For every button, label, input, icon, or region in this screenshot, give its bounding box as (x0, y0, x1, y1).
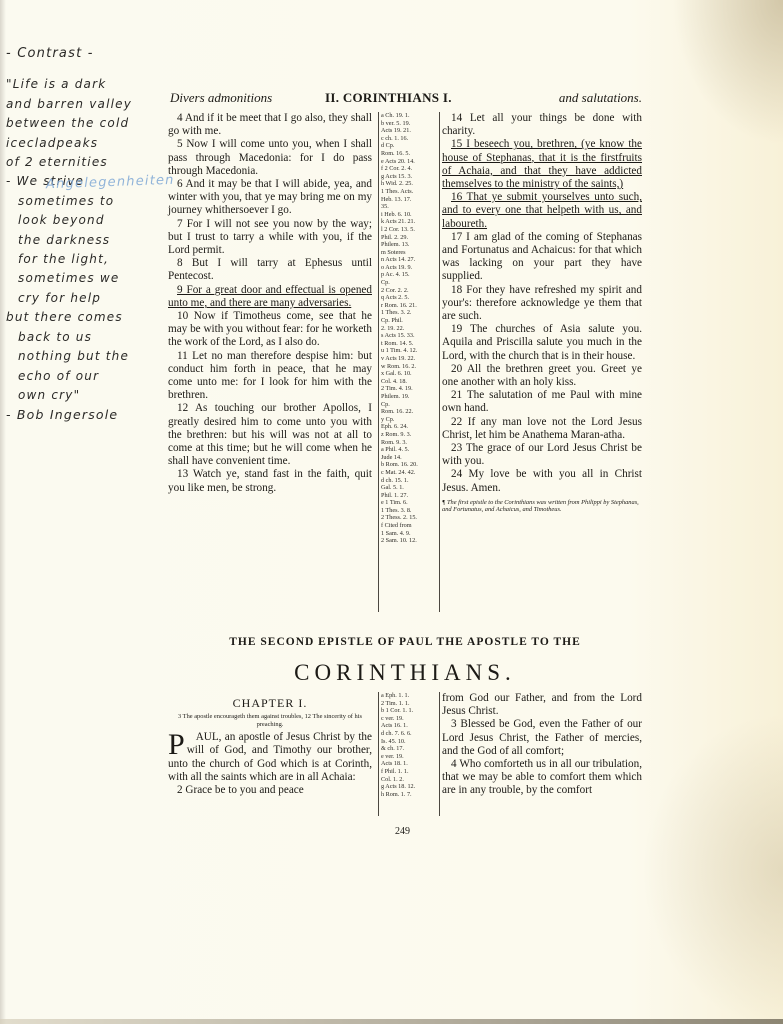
page-number: 249 (395, 826, 410, 837)
note-line: sometimes to (6, 192, 166, 211)
cross-reference: f Phil. 1. 1. (381, 768, 437, 776)
verse: 4 Who comforteth us in all our tribulati… (442, 758, 642, 798)
cross-reference: 1 Sam. 4. 9. (381, 530, 437, 538)
cross-reference: d ch. 15. 1. (381, 477, 437, 485)
note-line: back to us (6, 328, 166, 347)
cross-reference: Heb. 13. 17. (381, 196, 437, 204)
cross-reference: & ch. 17. (381, 745, 437, 753)
header-center: II. CORINTHIANS I. (325, 90, 452, 106)
book-heading-line: THE SECOND EPISTLE OF PAUL THE APOSTLE T… (160, 636, 650, 648)
cross-reference: a Phil. 4. 5. (381, 446, 437, 454)
note-line: sometimes we (6, 269, 166, 288)
cross-reference: Col. 1. 2. (381, 776, 437, 784)
note-line: cry for help (6, 289, 166, 308)
cross-reference: h Rom. 1. 7. (381, 791, 437, 799)
cross-reference: n Acts 14. 27. (381, 256, 437, 264)
header-left: Divers admonitions (170, 90, 272, 106)
chapter-summary: 3 The apostle encourageth them against t… (168, 713, 372, 728)
cross-reference: Is. 45. 10. (381, 738, 437, 746)
cross-reference: Phil. 1. 27. (381, 492, 437, 500)
cross-reference: e 1 Tim. 6. (381, 499, 437, 507)
cross-reference: 2 Tim. 1. 1. (381, 700, 437, 708)
verse: 7 For I will not see you now by the way;… (168, 218, 372, 258)
note-line: nothing but the (6, 347, 166, 366)
chapter-title: CHAPTER I. (168, 696, 372, 711)
cross-reference: s Acts 15. 33. (381, 332, 437, 340)
verse: 18 For they have refreshed my spirit and… (442, 284, 642, 324)
note-line: own cry" (6, 386, 166, 405)
cross-reference: 1 Thes. Acts. (381, 188, 437, 196)
cross-reference: r Rom. 16. 21. (381, 302, 437, 310)
verse: 22 If any man love not the Lord Jesus Ch… (442, 416, 642, 442)
note-line: look beyond (6, 211, 166, 230)
cross-reference: Rom. 16. 22. (381, 408, 437, 416)
drop-cap: P (168, 733, 185, 757)
cross-reference: Eph. 6. 24. (381, 423, 437, 431)
cross-reference: Cp. (381, 279, 437, 287)
verse: 23 The grace of our Lord Jesus Christ be… (442, 442, 642, 468)
note-line: icecladpeaks (6, 134, 166, 153)
cross-reference: Cp. Phil. (381, 317, 437, 325)
text-column-right-lower: from God our Father, and from the Lord J… (442, 692, 642, 798)
cross-reference: u 1 Tim. 4. 12. (381, 347, 437, 355)
cross-reference: d Cp. (381, 142, 437, 150)
verse: 20 All the brethren greet you. Greet ye … (442, 363, 642, 389)
cross-reference: 2 Sam. 10. 12. (381, 537, 437, 545)
verse: from God our Father, and from the Lord J… (442, 692, 642, 718)
cross-reference: e Acts 20. 14. (381, 158, 437, 166)
note-signature: - Bob Ingersole (6, 405, 166, 424)
chapter-block: CHAPTER I. 3 The apostle encourageth the… (168, 696, 372, 797)
cross-reference: c ver. 19. (381, 715, 437, 723)
cross-reference: 1 Thes. 3. 8. (381, 507, 437, 515)
verse: 21 The salutation of me Paul with mine o… (442, 389, 642, 415)
cross-reference-column: a Ch. 19. 1.b ver. 5. 19.Acts 19. 21.c c… (378, 112, 440, 612)
cross-reference: i Heb. 6. 10. (381, 211, 437, 219)
cross-reference: a Ch. 19. 1. (381, 112, 437, 120)
cross-reference: b ver. 5. 19. (381, 120, 437, 128)
text-column-left: 4 And if it be meet that I go also, they… (168, 112, 372, 495)
cross-reference: c ch. 1. 16. (381, 135, 437, 143)
verse: 17 I am glad of the coming of Stephanas … (442, 231, 642, 284)
cross-reference: x Gal. 6. 10. (381, 370, 437, 378)
cross-reference: a Eph. 1. 1. (381, 692, 437, 700)
cross-reference: Acts 16. 1. (381, 722, 437, 730)
note-title: - Contrast - (6, 44, 166, 63)
cross-reference: v Acts 19. 22. (381, 355, 437, 363)
note-line: of 2 eternities (6, 153, 166, 172)
cross-reference: h Wid. 2. 25. (381, 180, 437, 188)
verse-underlined: 15 I beseech you, brethren, (ye know the… (442, 138, 642, 191)
chapter-text: P AUL, an apostle of Jesus Christ by the… (168, 731, 372, 797)
cross-reference: Col. 4. 18. (381, 378, 437, 386)
page-bottom-edge (0, 1019, 783, 1024)
cross-reference: 2 Thess. 2. 15. (381, 514, 437, 522)
cross-reference: Rom. 16. 5. (381, 150, 437, 158)
cross-reference-column-lower: a Eph. 1. 1.2 Tim. 1. 1.b 1 Cor. 1. 1.c … (378, 692, 440, 816)
header-right: and salutations. (559, 90, 642, 106)
note-line: "Life is a dark (6, 75, 166, 94)
verse-underlined: 16 That ye submit yourselves unto such, … (442, 191, 642, 231)
cross-reference: o Acts 19. 9. (381, 264, 437, 272)
verse: 13 Watch ye, stand fast in the faith, qu… (168, 468, 372, 494)
cross-reference: 1 Thes. 3. 2. (381, 309, 437, 317)
subscription-footnote: ¶ The first epistle to the Corinthians w… (442, 499, 642, 514)
cross-reference: t Rom. 14. 5. (381, 340, 437, 348)
book-name: CORINTHIANS. (160, 660, 650, 686)
cross-reference: m Soteres (381, 249, 437, 257)
cross-reference: Phil. 2. 29. (381, 234, 437, 242)
cross-reference: q Acts 2. 5. (381, 294, 437, 302)
verse: 11 Let no man therefore despise him: but… (168, 350, 372, 403)
handwritten-margin-note: - Contrast - "Life is a dark and barren … (6, 44, 166, 425)
cross-reference: z Rom. 9. 3. (381, 431, 437, 439)
running-header: Divers admonitions II. CORINTHIANS I. an… (170, 90, 642, 108)
cross-reference: e ver. 19. (381, 753, 437, 761)
note-line: for the light, (6, 250, 166, 269)
verse: 10 Now if Timotheus come, see that he ma… (168, 310, 372, 350)
cross-reference: 2. 19. 22. (381, 325, 437, 333)
scanned-bible-page: - Contrast - "Life is a dark and barren … (0, 0, 783, 1024)
verse: 4 And if it be meet that I go also, they… (168, 112, 372, 138)
text-column-right: 14 Let all your things be done with char… (442, 112, 642, 514)
cross-reference: g Acts 18. 12. (381, 783, 437, 791)
verse: 14 Let all your things be done with char… (442, 112, 642, 138)
cross-reference: w Rom. 16. 2. (381, 363, 437, 371)
cross-reference: Jude 14. (381, 454, 437, 462)
cross-reference: y Cp. (381, 416, 437, 424)
cross-reference: 2 Cor. 2. 2. (381, 287, 437, 295)
note-line: echo of our (6, 367, 166, 386)
note-line: between the cold (6, 114, 166, 133)
cross-reference: d ch. 7. 6. 6. (381, 730, 437, 738)
verse: 2 Grace be to you and peace (168, 784, 372, 797)
note-line: the darkness (6, 231, 166, 250)
cross-reference: f 2 Cor. 2. 4. (381, 165, 437, 173)
verse: 6 And it may be that I will abide, yea, … (168, 178, 372, 218)
cross-reference: Philem. 13. (381, 241, 437, 249)
cross-reference: Gal. 5. 1. (381, 484, 437, 492)
verse: 19 The churches of Asia salute you. Aqui… (442, 323, 642, 363)
cross-reference: Cp. (381, 401, 437, 409)
cross-reference: c Mat. 24. 42. (381, 469, 437, 477)
cross-reference: Philem. 19. (381, 393, 437, 401)
cross-reference: Acts 18. 1. (381, 760, 437, 768)
verse: 8 But I will tarry at Ephesus until Pent… (168, 257, 372, 283)
cross-reference: b Rom. 16. 20. (381, 461, 437, 469)
cross-reference: 2 Tim. 4. 19. (381, 385, 437, 393)
verse: AUL, an apostle of Jesus Christ by the w… (168, 731, 372, 784)
verse: 3 Blessed be God, even the Father of our… (442, 718, 642, 758)
cross-reference: 35. (381, 203, 437, 211)
cross-reference: g Acts 15. 3. (381, 173, 437, 181)
cross-reference: l 2 Cor. 13. 5. (381, 226, 437, 234)
cross-reference: p Ac. 4. 15. (381, 271, 437, 279)
cross-reference: Acts 19. 21. (381, 127, 437, 135)
cross-reference: f Cited from (381, 522, 437, 530)
cross-reference: k Acts 21. 21. (381, 218, 437, 226)
note-line: and barren valley (6, 95, 166, 114)
faint-stamp: ​ (650, 383, 741, 400)
cross-reference: Rom. 9. 3. (381, 439, 437, 447)
verse: 12 As touching our brother Apollos, I gr… (168, 402, 372, 468)
note-line: but there comes (6, 308, 166, 327)
verse: 24 My love be with you all in Christ Jes… (442, 468, 642, 494)
cross-reference: b 1 Cor. 1. 1. (381, 707, 437, 715)
verse: 5 Now I will come unto you, when I shall… (168, 138, 372, 178)
verse-underlined: 9 For a great door and effectual is open… (168, 284, 372, 310)
